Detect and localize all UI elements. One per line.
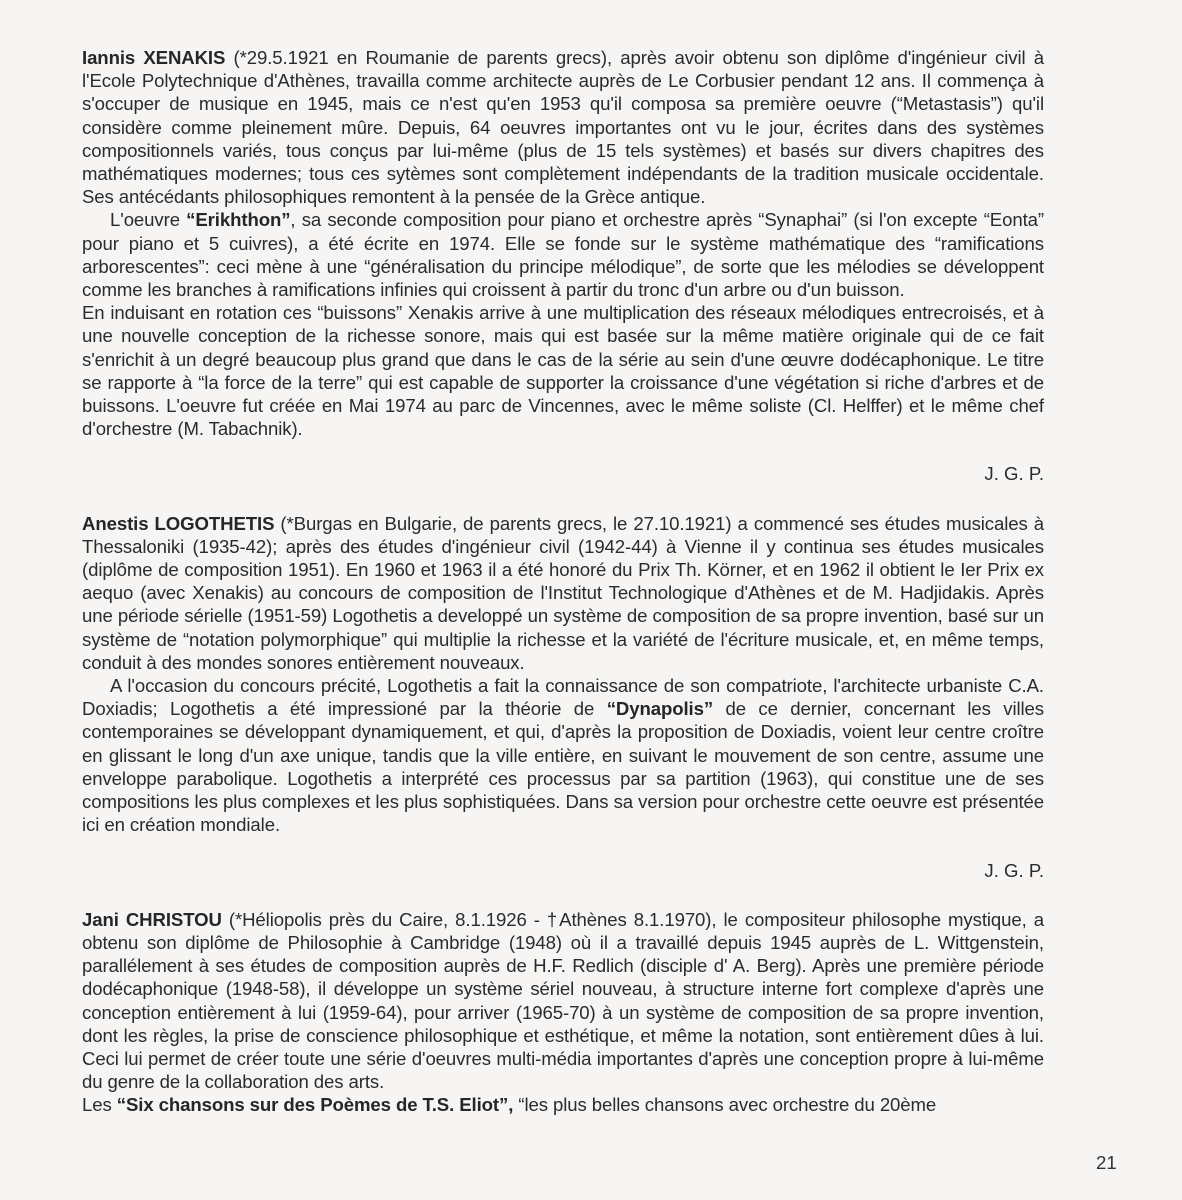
composer-name-christou: Jani CHRISTOU (82, 909, 222, 930)
paragraph-pre: L'oeuvre (110, 209, 186, 230)
paragraph-text: “les plus belles chansons avec orchestre… (513, 1094, 936, 1115)
section-xenakis: Iannis XENAKIS (*29.5.1921 en Roumanie d… (82, 46, 1044, 486)
paragraph-text: (*29.5.1921 en Roumanie de parents grecs… (82, 47, 1044, 207)
erikhthon-paragraph: L'oeuvre “Erikhthon”, sa seconde composi… (82, 208, 1044, 301)
composer-name-logothetis: Anestis LOGOTHETIS (82, 513, 274, 534)
section-christou: Jani CHRISTOU (*Héliopolis près du Caire… (82, 908, 1044, 1117)
work-title-eliot-songs: “Six chansons sur des Poèmes de T.S. Eli… (117, 1094, 514, 1115)
composer-name-xenakis: Iannis XENAKIS (82, 47, 225, 68)
signature-logothetis: J. G. P. (82, 859, 1044, 882)
xenakis-bio-paragraph: Iannis XENAKIS (*29.5.1921 en Roumanie d… (82, 46, 1044, 208)
work-title-erikhthon: “Erikhthon” (186, 209, 290, 230)
logothetis-bio-paragraph: Anestis LOGOTHETIS (*Burgas en Bulgarie,… (82, 512, 1044, 674)
paragraph-text: (*Héliopolis près du Caire, 8.1.1926 - †… (82, 909, 1044, 1092)
section-logothetis: Anestis LOGOTHETIS (*Burgas en Bulgarie,… (82, 512, 1044, 882)
paragraph-pre: Les (82, 1094, 117, 1115)
dynapolis-paragraph: A l'occasion du concours précité, Logoth… (82, 674, 1044, 836)
eliot-songs-paragraph: Les “Six chansons sur des Poèmes de T.S.… (82, 1093, 1044, 1116)
paragraph-text: En induisant en rotation ces “buissons” … (82, 302, 1044, 439)
christou-bio-paragraph: Jani CHRISTOU (*Héliopolis près du Caire… (82, 908, 1044, 1094)
work-title-dynapolis: “Dynapolis” (607, 698, 713, 719)
paragraph-text: (*Burgas en Bulgarie, de parents grecs, … (82, 513, 1044, 673)
document-page: Iannis XENAKIS (*29.5.1921 en Roumanie d… (82, 46, 1044, 1117)
buissons-paragraph: En induisant en rotation ces “buissons” … (82, 301, 1044, 440)
signature-xenakis: J. G. P. (82, 462, 1044, 485)
page-number: 21 (1096, 1152, 1117, 1174)
